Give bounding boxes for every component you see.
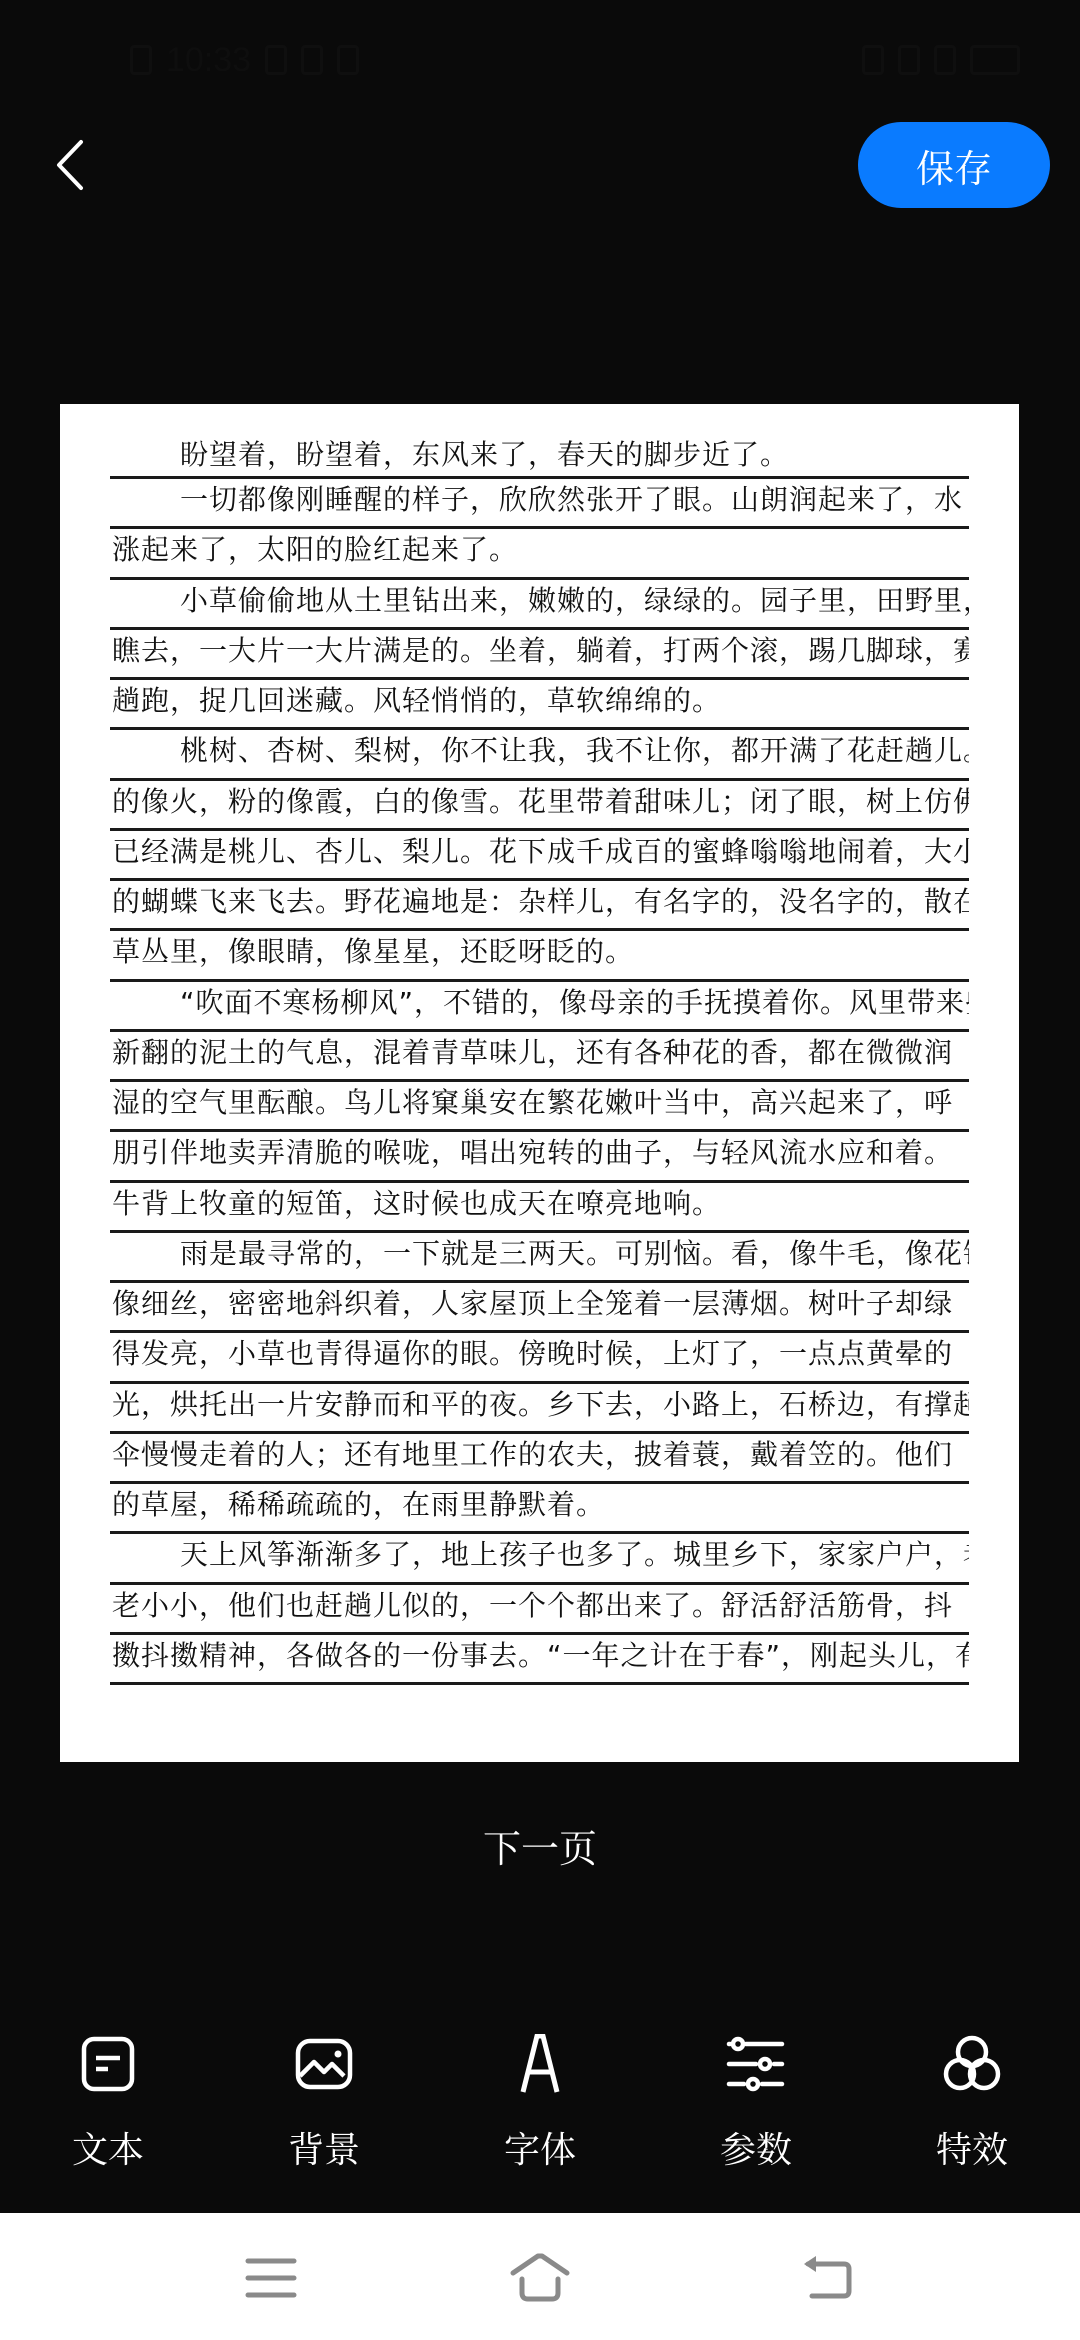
handwriting-line: 的蝴蝶飞来飞去。野花遍地是：杂样儿，有名字的，没名字的，散在 bbox=[110, 881, 969, 931]
effects-icon bbox=[942, 2034, 1002, 2094]
tool-text[interactable]: 文本 bbox=[0, 2020, 216, 2180]
bottom-toolbar: 文本 背景 字体 bbox=[0, 2020, 1080, 2180]
signal-icon bbox=[898, 45, 920, 75]
handwriting-line: 得发亮，小草也青得逼你的眼。傍晚时候，上灯了，一点点黄晕的 bbox=[110, 1333, 969, 1383]
handwriting-line: 老小小，他们也赶趟儿似的，一个个都出来了。舒活舒活筋骨，抖 bbox=[110, 1585, 969, 1635]
handwriting-line: 已经满是桃儿、杏儿、梨儿。花下成千成百的蜜蜂嗡嗡地闹着，大小 bbox=[110, 831, 969, 881]
back-icon bbox=[802, 2255, 854, 2301]
tool-label: 特效 bbox=[936, 2122, 1008, 2173]
tool-label: 背景 bbox=[288, 2122, 360, 2173]
handwriting-line: 光，烘托出一片安静而和平的夜。乡下去，小路上，石桥边，有撑起 bbox=[110, 1384, 969, 1434]
handwriting-line: 朋引伴地卖弄清脆的喉咙，唱出宛转的曲子，与轻风流水应和着。 bbox=[110, 1132, 969, 1182]
tool-effects[interactable]: 特效 bbox=[864, 2020, 1080, 2180]
handwriting-line: 涨起来了，太阳的脸红起来了。 bbox=[110, 529, 969, 579]
handwriting-line: 桃树、杏树、梨树，你不让我，我不让你，都开满了花赶趟儿。红 bbox=[110, 730, 969, 780]
handwriting-line: 像细丝，密密地斜织着，人家屋顶上全笼着一层薄烟。树叶子却绿 bbox=[110, 1283, 969, 1333]
chevron-left-icon bbox=[55, 139, 85, 191]
handwriting-line: 新翻的泥土的气息，混着青草味儿，还有各种花的香，都在微微润 bbox=[110, 1032, 969, 1082]
notification-icon bbox=[337, 45, 359, 75]
tool-background[interactable]: 背景 bbox=[216, 2020, 432, 2180]
handwriting-line: 伞慢慢走着的人；还有地里工作的农夫，披着蓑，戴着笠的。他们 bbox=[110, 1434, 969, 1484]
sim-icon bbox=[130, 45, 152, 75]
font-icon bbox=[520, 2034, 560, 2094]
wifi-icon bbox=[934, 45, 956, 75]
home-button[interactable] bbox=[500, 2243, 580, 2313]
sliders-icon bbox=[726, 2036, 786, 2092]
notification-icon bbox=[301, 45, 323, 75]
tool-label: 文本 bbox=[72, 2122, 144, 2173]
recents-button[interactable] bbox=[231, 2243, 311, 2313]
next-page-button[interactable]: 下一页 bbox=[440, 1815, 640, 1875]
menu-icon bbox=[245, 2257, 297, 2299]
handwriting-line: 天上风筝渐渐多了，地上孩子也多了。城里乡下，家家户户，老 bbox=[110, 1534, 969, 1584]
handwriting-line: 小草偷偷地从土里钻出来，嫩嫩的，绿绿的。园子里，田野里， bbox=[110, 580, 969, 630]
tool-params[interactable]: 参数 bbox=[648, 2020, 864, 2180]
handwriting-line: 湿的空气里酝酿。鸟儿将窠巢安在繁花嫩叶当中，高兴起来了，呼 bbox=[110, 1082, 969, 1132]
system-nav-bar bbox=[0, 2213, 1080, 2340]
handwriting-line: 盼望着，盼望着，东风来了，春天的脚步近了。 bbox=[110, 434, 969, 479]
home-icon bbox=[510, 2253, 570, 2303]
handwriting-line: 的草屋，稀稀疏疏的，在雨里静默着。 bbox=[110, 1484, 969, 1534]
handwriting-line: 牛背上牧童的短笛，这时候也成天在嘹亮地响。 bbox=[110, 1183, 969, 1233]
ruled-lines: 盼望着，盼望着，东风来了，春天的脚步近了。一切都像刚睡醒的样子，欣欣然张开了眼。… bbox=[110, 434, 969, 1685]
status-left: 10:33 bbox=[130, 42, 359, 78]
status-time: 10:33 bbox=[166, 41, 251, 80]
vibrate-icon bbox=[862, 45, 884, 75]
tool-font[interactable]: 字体 bbox=[432, 2020, 648, 2180]
handwriting-line: 草丛里，像眼睛，像星星，还眨呀眨的。 bbox=[110, 931, 969, 981]
handwriting-line: 擞抖擞精神，各做各的一份事去。“一年之计在于春”，刚起头儿，有 bbox=[110, 1635, 969, 1685]
handwriting-line: 雨是最寻常的，一下就是三两天。可别恼。看，像牛毛，像花针， bbox=[110, 1233, 969, 1283]
status-right bbox=[862, 42, 1020, 78]
tool-label: 字体 bbox=[504, 2122, 576, 2173]
handwriting-line: “吹面不寒杨柳风”，不错的，像母亲的手抚摸着你。风里带来些 bbox=[110, 982, 969, 1032]
handwriting-preview: 盼望着，盼望着，东风来了，春天的脚步近了。一切都像刚睡醒的样子，欣欣然张开了眼。… bbox=[60, 404, 1019, 1762]
save-button[interactable]: 保存 bbox=[858, 122, 1050, 208]
tool-label: 参数 bbox=[720, 2122, 792, 2173]
text-box-icon bbox=[80, 2036, 136, 2092]
battery-icon bbox=[970, 45, 1020, 75]
back-nav-button[interactable] bbox=[788, 2243, 868, 2313]
handwriting-line: 一切都像刚睡醒的样子，欣欣然张开了眼。山朗润起来了，水 bbox=[110, 479, 969, 529]
handwriting-line: 的像火，粉的像霞，白的像雪。花里带着甜味儿；闭了眼，树上仿佛 bbox=[110, 781, 969, 831]
status-bar: 10:33 bbox=[0, 0, 1080, 120]
image-icon bbox=[294, 2036, 354, 2092]
handwriting-line: 趟跑，捉几回迷藏。风轻悄悄的，草软绵绵的。 bbox=[110, 680, 969, 730]
back-button[interactable] bbox=[40, 130, 100, 200]
notification-icon bbox=[265, 45, 287, 75]
handwriting-line: 瞧去，一大片一大片满是的。坐着，躺着，打两个滚，踢几脚球，赛几 bbox=[110, 630, 969, 680]
